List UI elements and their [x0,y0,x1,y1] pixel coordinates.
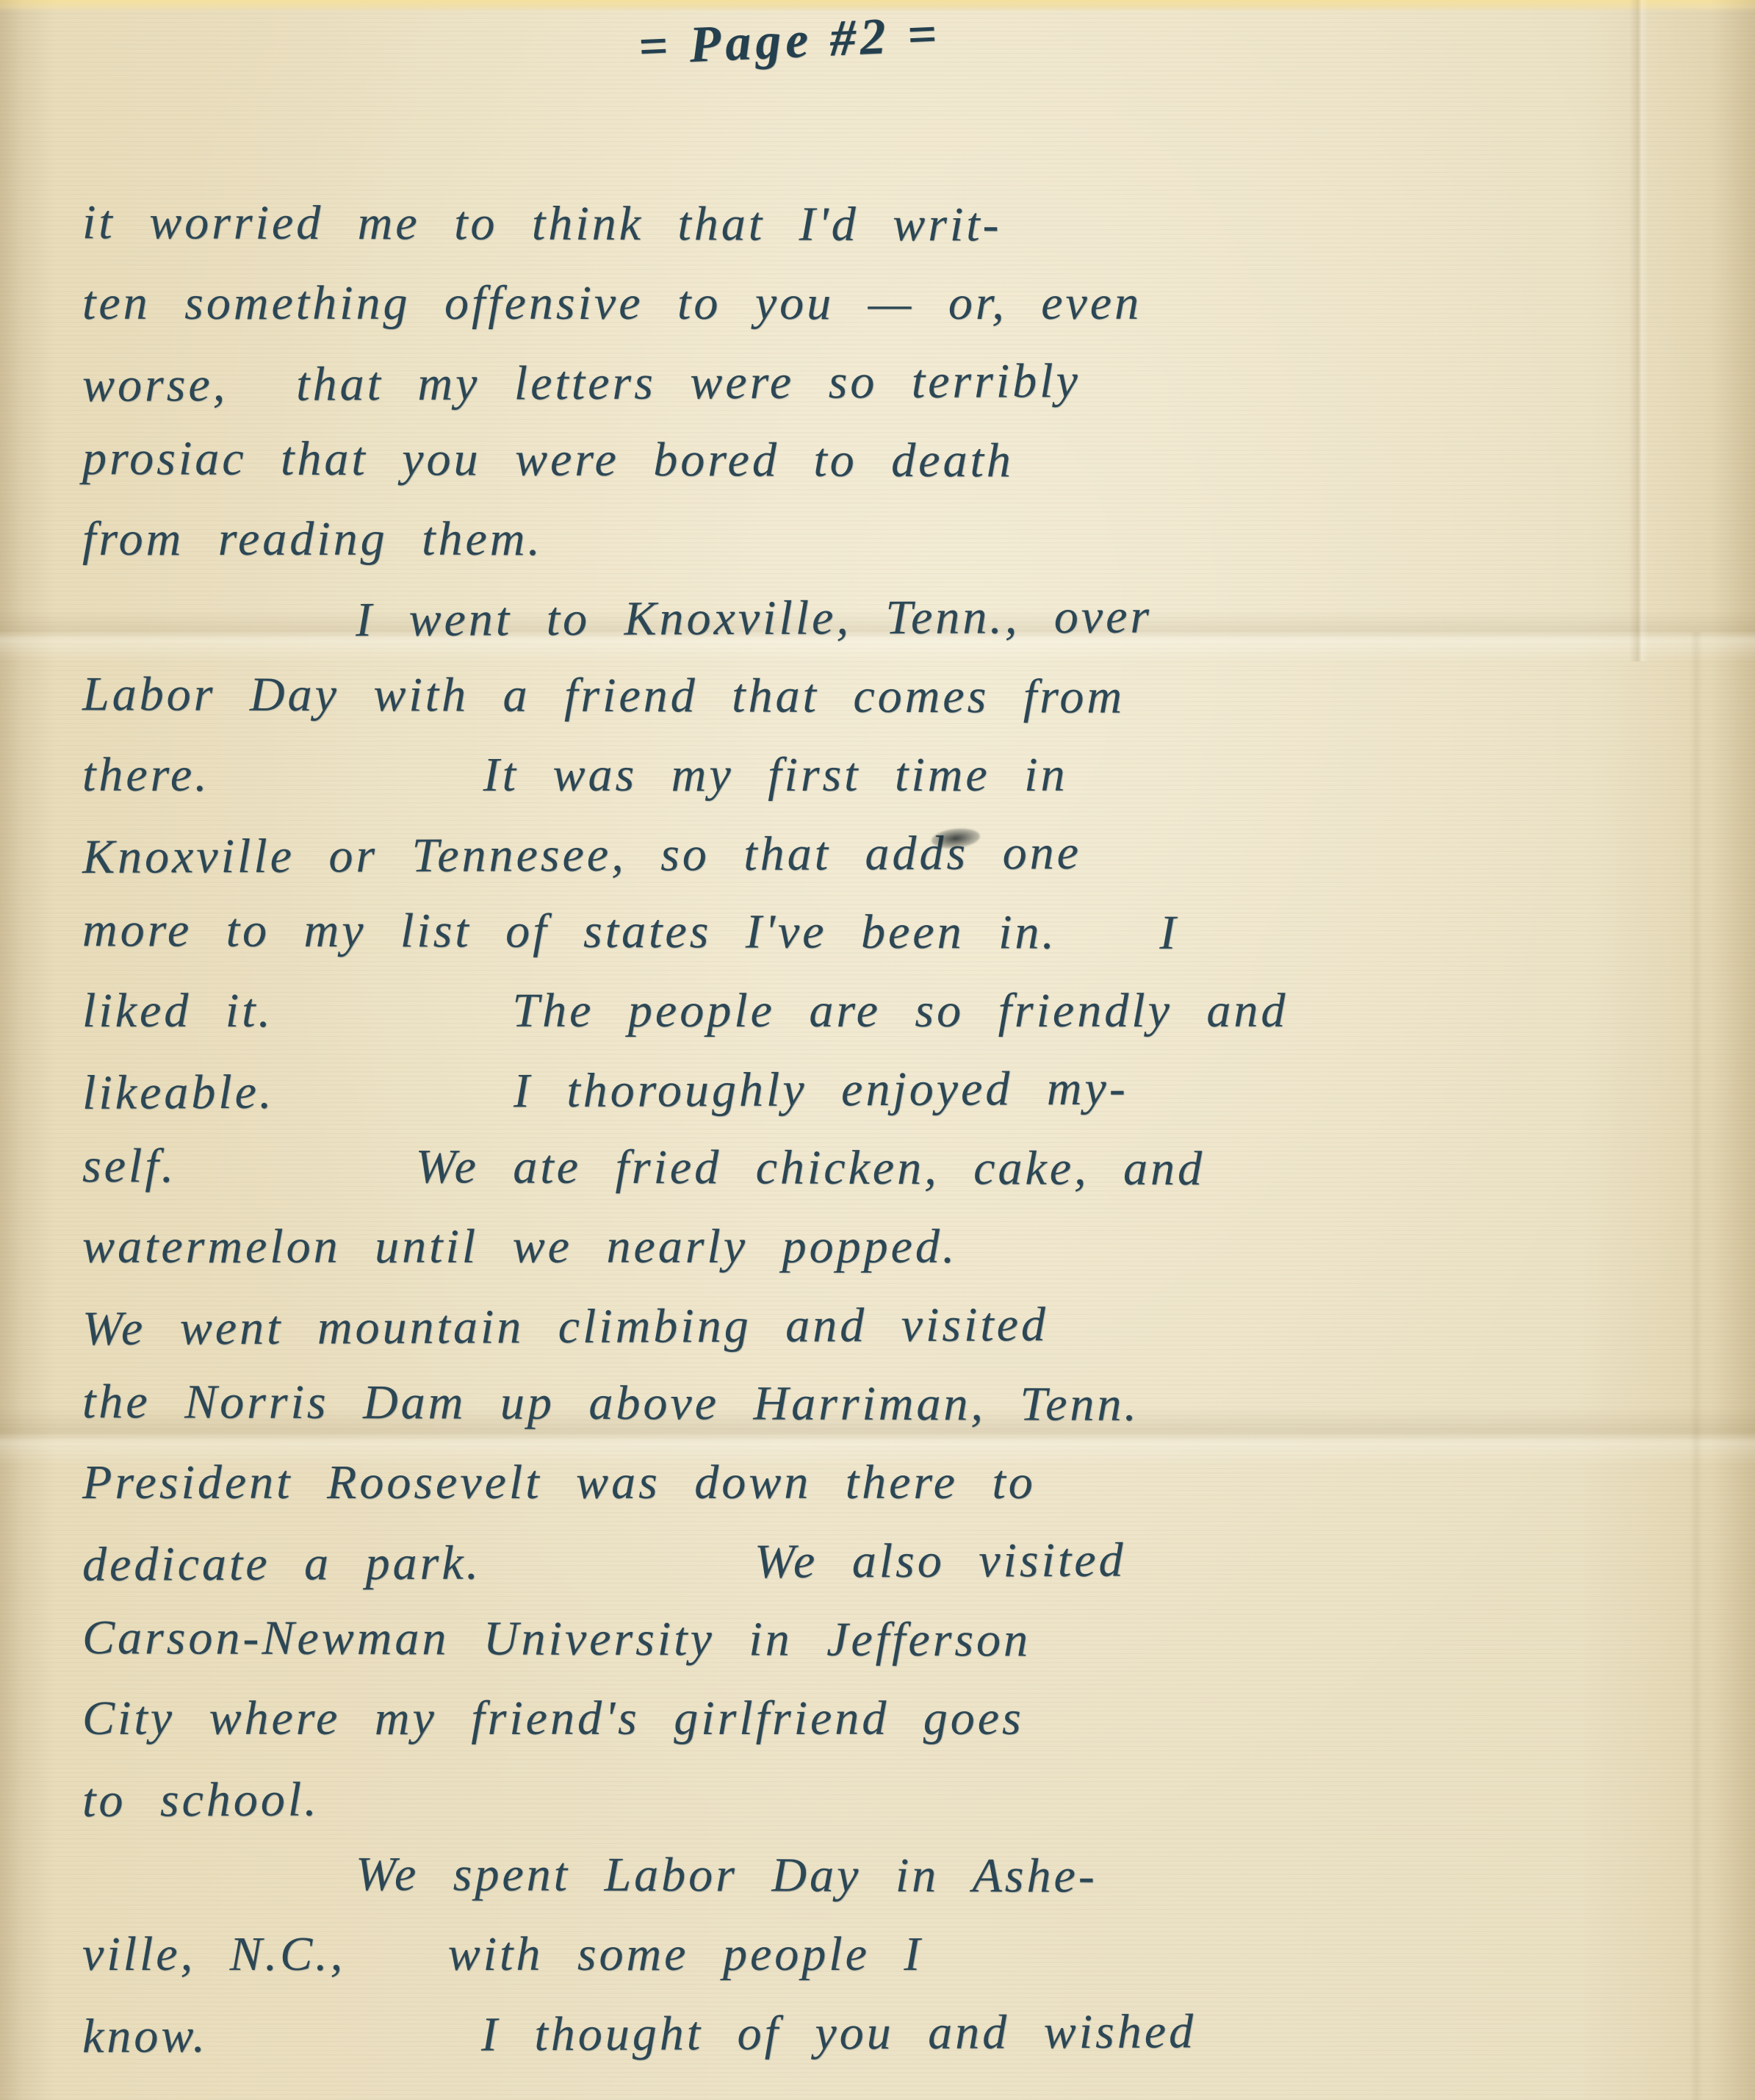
letter-line: it worried me to think that I'd writ- [82,183,1711,266]
letter-line: Carson-Newman University in Jefferson [82,1598,1711,1681]
letter-line: dedicate a park. We also visited [82,1518,1711,1604]
paper-right-edge-shadow [1711,0,1755,2100]
letter-line: to school. [82,1754,1711,1840]
letter-line: liked it. The people are so friendly and [82,971,1711,1050]
letter-line: President Roosevelt was down there to [82,1443,1711,1522]
letter-line: from reading them. [82,500,1711,578]
page-header: = Page #2 = [637,5,942,77]
letter-line: City where my friend's girlfriend goes [82,1679,1711,1758]
letter-line: more to my list of states I've been in. … [82,891,1711,974]
letter-page: = Page #2 = it worried me to think that … [0,0,1755,2100]
letter-line: know. I thought of you and wished [82,1990,1711,2076]
letter-line: likeable. I thoroughly enjoyed my- [82,1046,1711,1132]
letter-line: there. It was my first time in [82,736,1711,814]
letter-line: Labor Day with a friend that comes from [82,655,1711,738]
letter-line: We spent Labor Day in Ashe- [82,1834,1711,1917]
letter-line: Knoxville or Tennesee, so that adds one [82,810,1711,896]
letter-line: the Norris Dam up above Harriman, Tenn. [82,1362,1711,1445]
letter-line: watermelon until we nearly popped. [82,1207,1711,1286]
letter-line: I went to Knoxville, Tenn., over [82,575,1711,661]
letter-line: ville, N.C., with some people I [82,1915,1711,1993]
paper-left-fold-shadow [0,0,57,2100]
letter-line: We went mountain climbing and visited [82,1282,1711,1368]
letter-line: ten something offensive to you — or, eve… [82,264,1711,342]
letter-line: prosiac that you were bored to death [82,419,1711,502]
letter-body: it worried me to think that I'd writ-ten… [82,185,1711,2072]
letter-line: self. We ate fried chicken, cake, and [82,1126,1711,1209]
letter-line: worse, that my letters were so terribly [82,339,1711,425]
